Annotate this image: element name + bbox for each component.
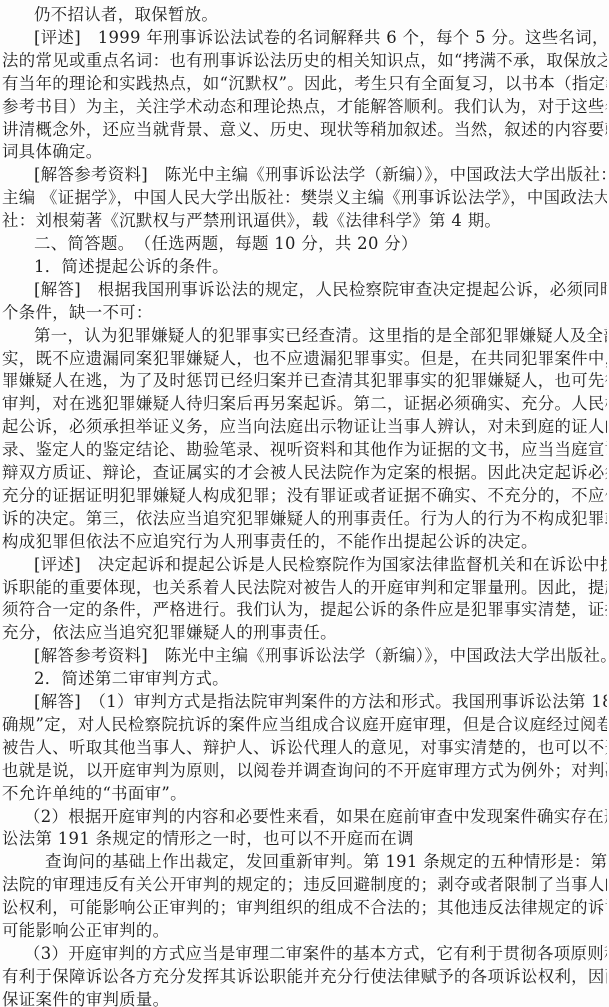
text-line: 录、鉴定人的鉴定结论、勘验笔录、视听资料和其他作为证据的文书，应当当庭宣读并经控	[2, 438, 607, 462]
text-line: 不允许单纯的“书面审”。	[2, 782, 607, 806]
text-line: [评述] 1999 年刑事诉讼法试卷的名词解释共 6 个，每个 5 分。这些名词…	[34, 26, 607, 50]
text-line: 诉职能的重要体现，也关系着人民法院对被告人的开庭审判和定罪量刑。因此，提起公诉必	[2, 576, 607, 600]
text-line: 社：刘根菊著《沉默权与严禁刑讯逼供》，载《法律科学》第 4 期。	[2, 209, 607, 233]
text-line: [解答] 根据我国刑事诉讼法的规定，人民检察院审查决定提起公诉，必须同时具备三	[34, 278, 607, 302]
text-line: 充分的证据证明犯罪嫌疑人构成犯罪；没有罪证或者证据不确实、不充分的，不应作提起公	[2, 484, 607, 508]
text-line: 充分，依法应当追究犯罪嫌疑人的刑事责任。	[2, 621, 607, 645]
text-line: 辩双方质证、辩论，查证属实的才会被人民法院作为定案的根据。因此决定起诉必须有确实	[2, 461, 607, 485]
text-line: 可能影响公正审判的。	[2, 919, 607, 943]
text-line: 有利于保障诉讼各方充分发挥其诉讼职能并充分行使法律赋予的各项诉讼权利，因而有利于	[2, 965, 607, 989]
text-line: 二、简答题。 （任选两题，每题 10 分，共 20 分）	[34, 232, 607, 256]
text-line: 参考书目）为主，关注学术动态和理论热点，才能解答顺利。我们认为，对于这些名词，除	[2, 95, 607, 119]
text-line: [解答] （1）审判方式是指法院审判案件的方法和形式。我国刑事诉讼法第 187 …	[34, 690, 607, 714]
text-line: 讼权利，可能影响公正审判的；审判组织的组成不合法的；其他违反法律规定的诉讼程序，	[2, 896, 607, 920]
text-line: 审判，对在逃犯罪嫌疑人待归案后再另案起诉。第二，证据必须确实、充分。人民检察院提	[2, 392, 607, 416]
text-line: 个条件，缺一不可：	[2, 301, 607, 325]
text-line: 查询问的基础上作出裁定，发回重新审判。第 191 条规定的五种情形是：第一审人民	[45, 850, 607, 874]
text-line: 有当年的理论和实践热点，如“沉默权”。因此，考生只有全面复习，以书本（指定教材或	[2, 72, 607, 96]
text-line: 词具体确定。	[2, 140, 607, 164]
text-line: （3）开庭审判的方式应当是审理二审案件的基本方式，它有利于贯彻各项原则和制度，	[24, 942, 607, 966]
text-line: 2．简述第二审审判方式。	[34, 667, 607, 691]
text-line: 实，既不应遗漏同案犯罪嫌疑人，也不应遗漏犯罪事实。但是，在共同犯罪案件中，有的犯	[2, 347, 607, 371]
text-line: 法的常见或重点名词：也有刑事诉讼法历史的相关知识点，如“拷满不承，取保放之”：还	[2, 49, 607, 73]
text-line: [解答参考资料] 陈光中主编《刑事诉讼法学（新编）》，中国政法大学出版社：陈一云	[34, 163, 607, 187]
text-line: 保证案件的审判质量。	[2, 988, 607, 1007]
text-line: [解答参考资料] 陈光中主编《刑事诉讼法学（新编）》，中国政法大学出版社。	[34, 644, 607, 668]
text-line: 被告人、听取其他当事人、辩护人、诉讼代理人的意见，对事实清楚的，也可以不开庭审理…	[2, 736, 607, 760]
text-line: （2）根据开庭审判的内容和必要性来看，如果在庭前审查中发现案件确实存在刑事诉	[24, 805, 607, 829]
text-line: 1．简述提起公诉的条件。	[34, 255, 607, 279]
text-line: 法院的审理违反有关公开审判的规定的；违反回避制度的；剥夺或者限制了当事人的法定诉	[2, 873, 607, 897]
text-line: 主编 《证据学》，中国人民大学出版社：樊崇义主编《刑事诉讼法学》，中国政法大学出…	[2, 186, 607, 210]
text-line: 须符合一定的条件，严格进行。我们认为，提起公诉的条件应是犯罪事实清楚，证据确实、	[2, 598, 607, 622]
text-line: [评述] 决定起诉和提起公诉是人民检察院作为国家法律监督机关和在诉讼中执行控	[34, 553, 607, 577]
text-line: 仍不招认者，取保暂放。	[34, 3, 607, 27]
text-line: 罪嫌疑人在逃，为了及时惩罚已经归案并已查清其犯罪事实的犯罪嫌疑人，也可先行起诉和	[2, 369, 607, 393]
text-line: 确规”定，对人民检察院抗诉的案件应当组成合议庭开庭审理，但是合议庭经过阅卷、讯问	[2, 713, 607, 737]
text-line: 讲清概念外，还应当就背景、意义、历史、现状等稍加叙述。当然，叙述的内容要就各个名	[2, 118, 607, 142]
text-line: 也就是说，以开庭审判为原则，以阅卷并调查询问的不开庭审理方式为例外；对判决的上诉	[2, 759, 607, 783]
text-line: 起公诉，必须承担举证义务，应当向法庭出示物证让当事人辨认，对未到庭的证人的证言笔	[2, 415, 607, 439]
text-line: 讼法第 191 条规定的情形之一时，也可以不开庭而在调	[2, 827, 607, 851]
text-line: 构成犯罪但依法不应追究行为人刑事责任的，不能作出提起公诉的决定。	[2, 530, 607, 554]
scanned-document-page: 仍不招认者，取保暂放。[评述] 1999 年刑事诉讼法试卷的名词解释共 6 个，…	[0, 0, 609, 1007]
text-line: 第一，认为犯罪嫌疑人的犯罪事实已经查清。这里指的是全部犯罪嫌疑人及全部犯罪事	[34, 324, 607, 348]
text-line: 诉的决定。第三，依法应当追究犯罪嫌疑人的刑事责任。行为人的行为不构成犯罪或者虽然	[2, 507, 607, 531]
